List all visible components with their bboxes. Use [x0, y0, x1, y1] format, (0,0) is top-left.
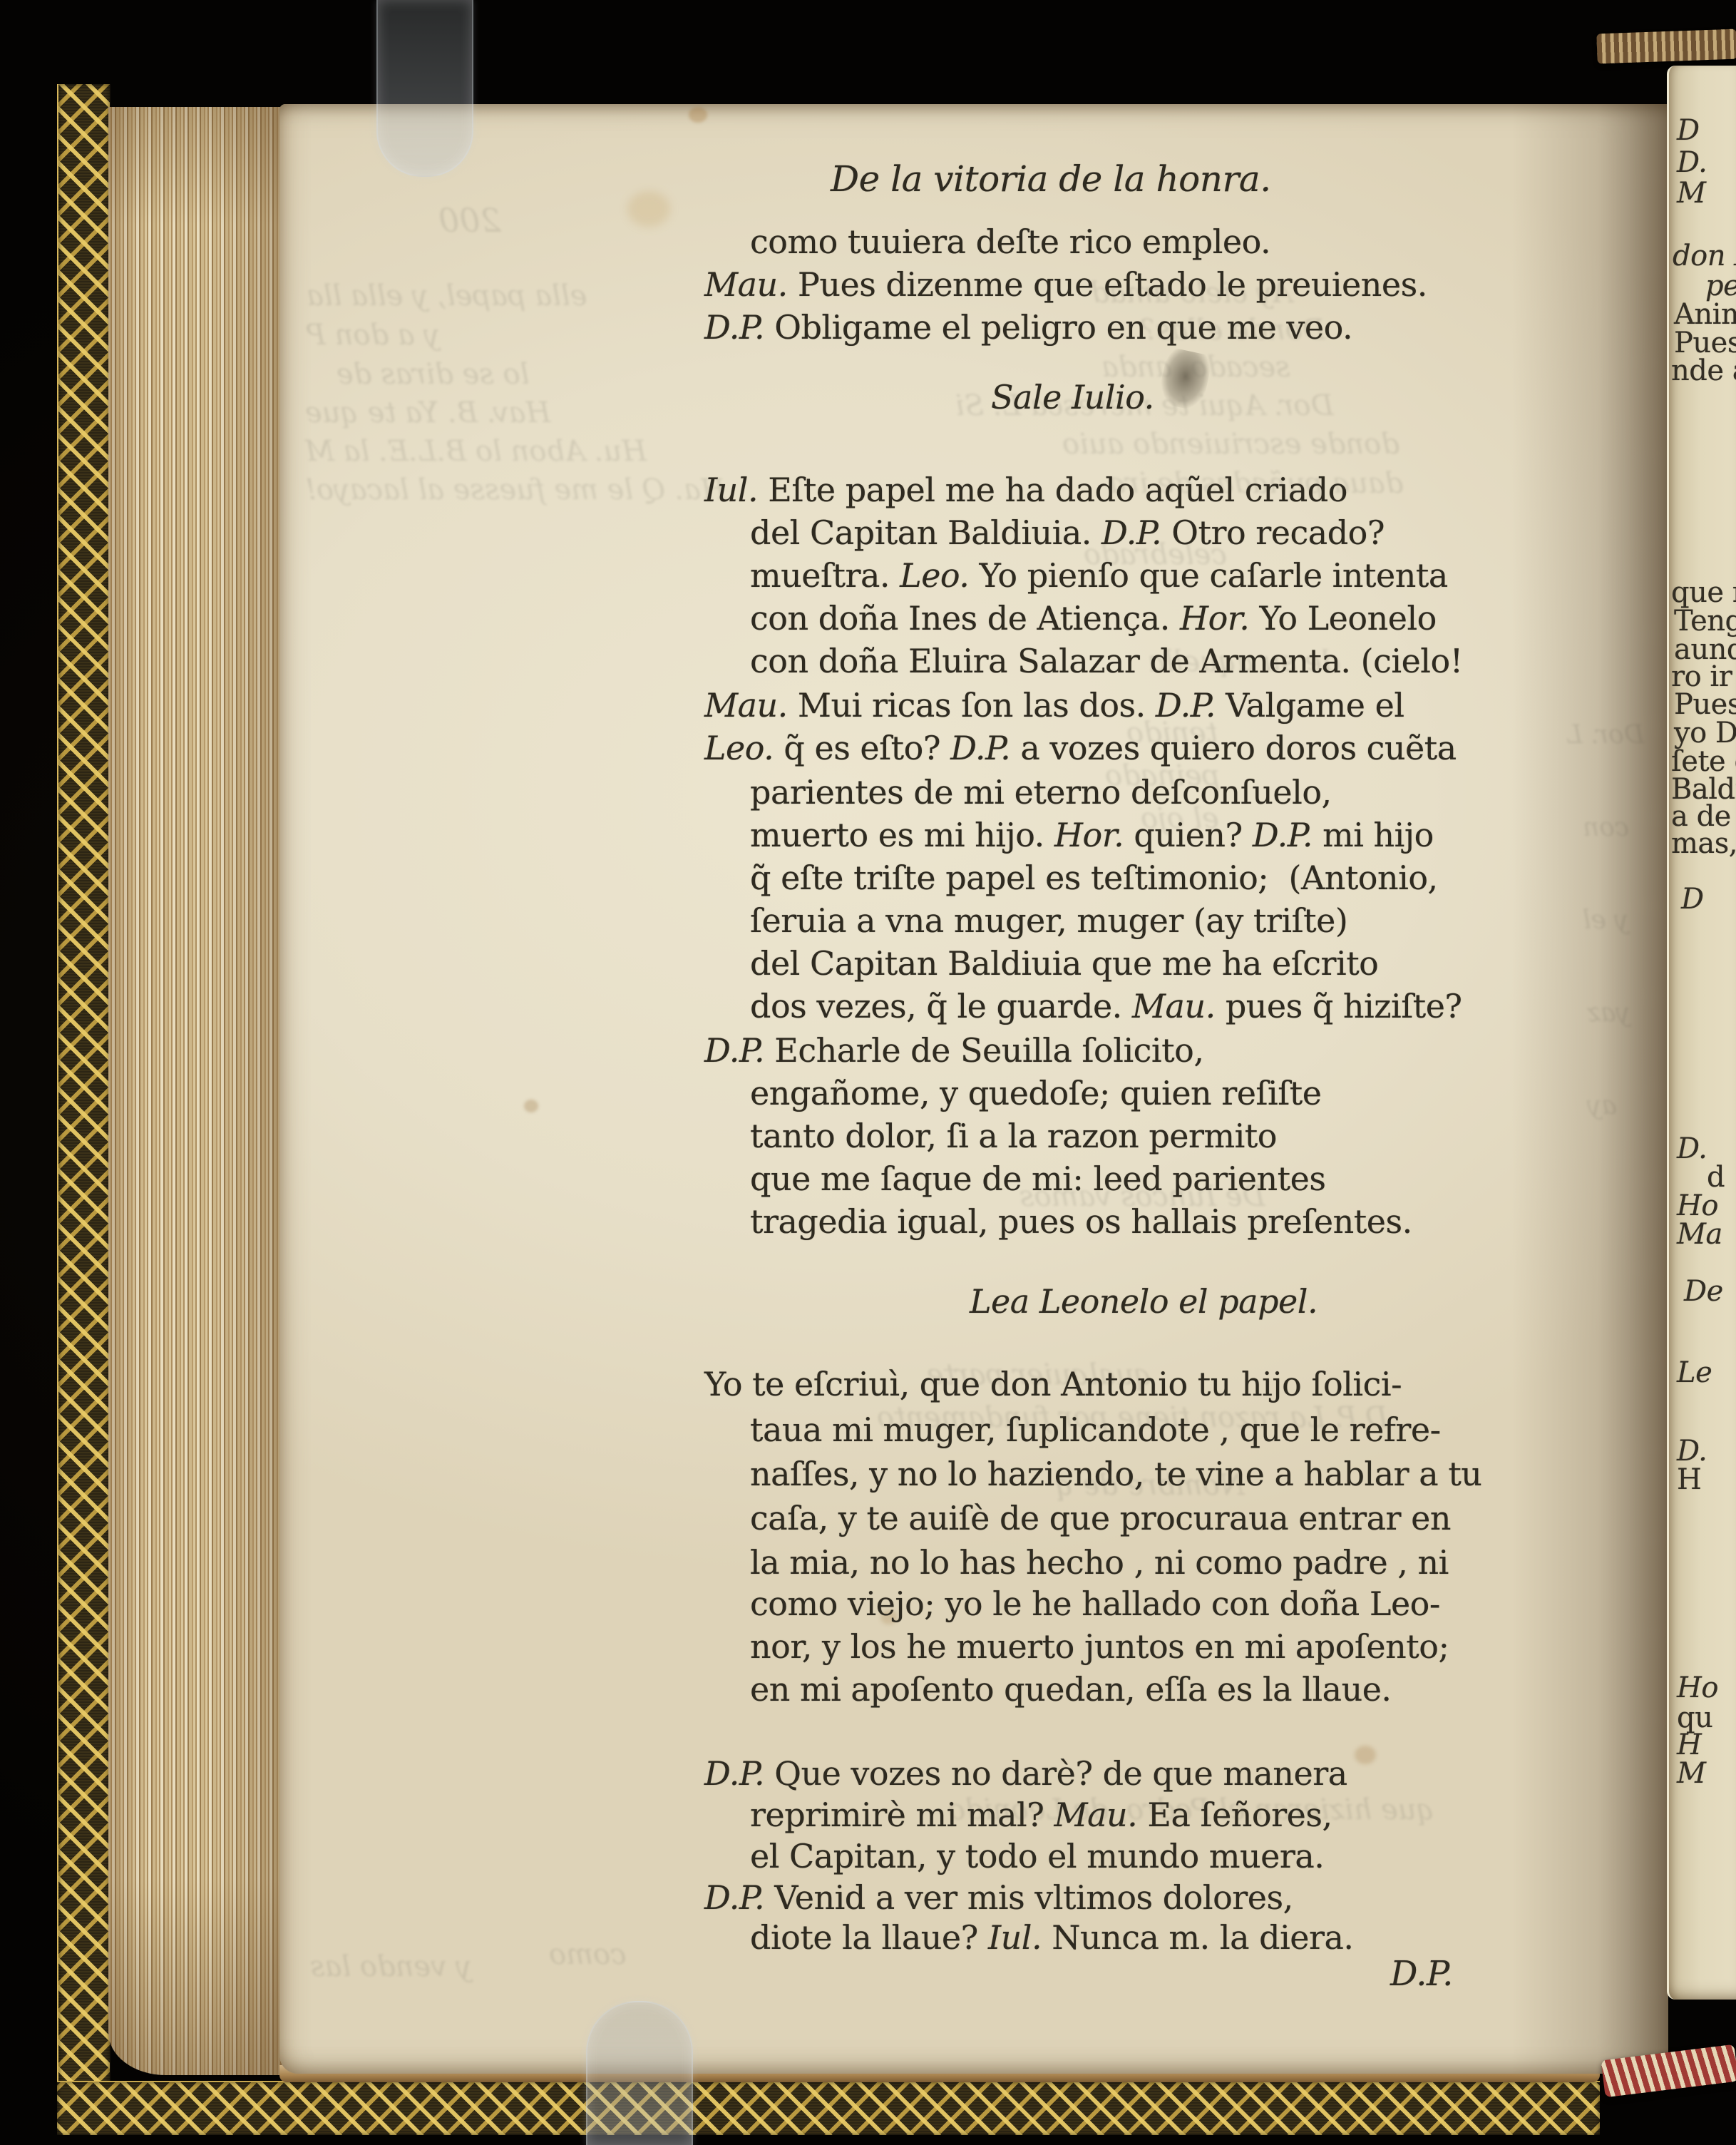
facing-page-text-fragment: D — [1681, 883, 1704, 916]
facing-page-text-fragment: nde acabamo — [1671, 354, 1736, 387]
page-holder-clip-top — [376, 0, 473, 177]
facing-page-text-fragment: Ma — [1677, 1218, 1722, 1251]
facing-page-text-fragment: D. — [1677, 146, 1707, 179]
facing-page-text-layer: DD.Mdon Dorotea, yperegAnimo te haPues n… — [0, 0, 1736, 2145]
facing-page-text-fragment: D — [1677, 114, 1700, 147]
facing-page-text-fragment: mas, que r — [1671, 827, 1736, 860]
headband-top — [1596, 29, 1736, 64]
facing-page-text-fragment: Ho — [1677, 1672, 1718, 1704]
facing-page-text-fragment: D. — [1677, 1132, 1707, 1165]
facing-page-text-fragment: De — [1684, 1275, 1723, 1308]
facing-page-text-fragment: don Dorotea, y — [1673, 240, 1736, 272]
facing-page-text-fragment: H — [1677, 1463, 1701, 1496]
facing-page-text-fragment: Le — [1677, 1356, 1712, 1389]
page-holder-clip-bottom — [586, 2001, 693, 2145]
facing-page-text-fragment: M — [1677, 1757, 1705, 1790]
book-scan-stage: 200ella papel, y ella llay a don Plo se … — [0, 0, 1736, 2145]
facing-page-text-fragment: M — [1677, 177, 1705, 210]
